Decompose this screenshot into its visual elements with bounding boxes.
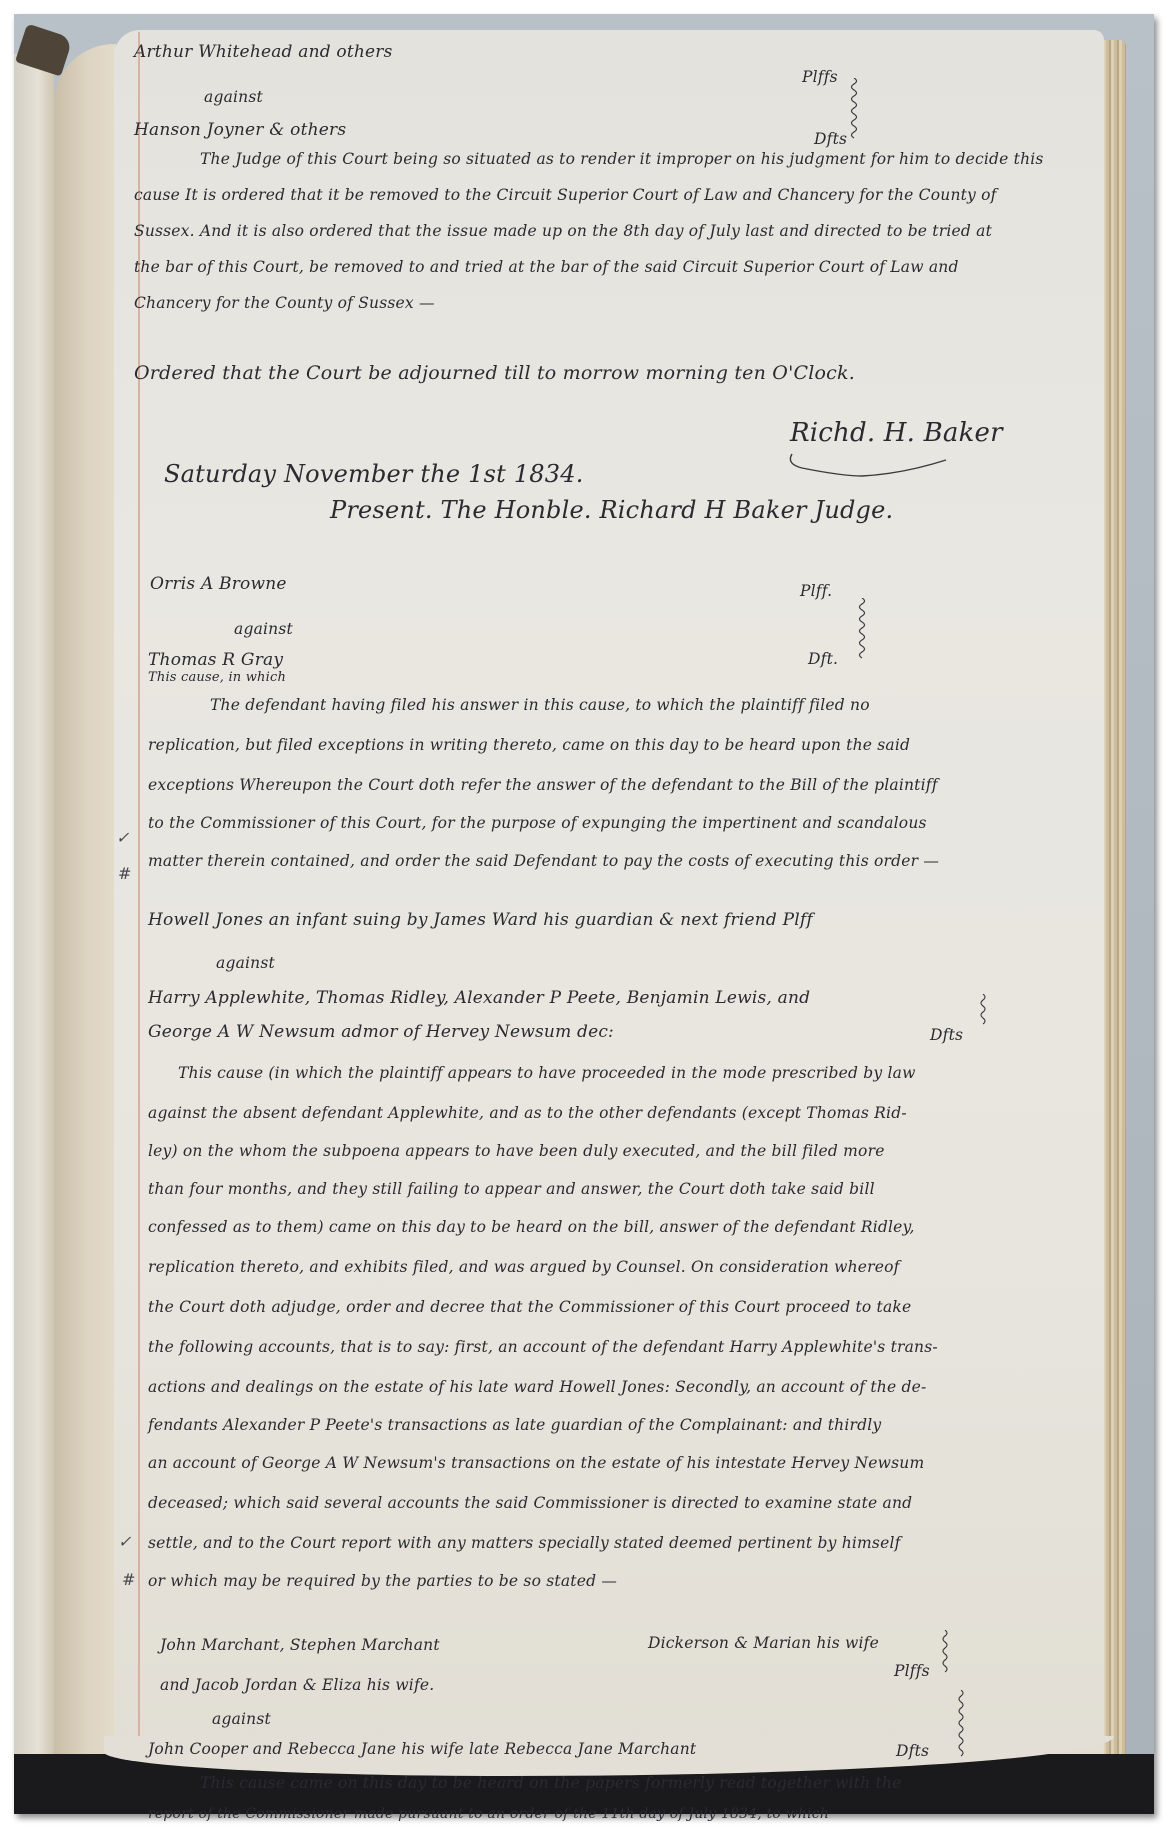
case2-line-3: exceptions Whereupon the Court doth refe…	[148, 776, 938, 794]
case3-line-14: or which may be required by the parties …	[148, 1572, 617, 1590]
case4-brace-upper-icon	[940, 1630, 950, 1678]
case3-defendants-1: Harry Applewhite, Thomas Ridley, Alexand…	[148, 988, 810, 1008]
case2-line-2: replication, but filed exceptions in wri…	[148, 736, 910, 754]
case3-line-12: deceased; which said several accounts th…	[148, 1494, 912, 1512]
case4-plaintiffs-line2: and Jacob Jordan & Eliza his wife.	[160, 1676, 434, 1694]
case4-defendant: John Cooper and Rebecca Jane his wife la…	[148, 1740, 696, 1758]
margin-hash-2-icon: #	[122, 1570, 136, 1589]
case4-against: against	[212, 1710, 271, 1728]
session-present: Present. The Honble. Richard H Baker Jud…	[330, 496, 893, 524]
case3-line-1: This cause (in which the plaintiff appea…	[178, 1064, 916, 1082]
judge-signature: Richd. H. Baker	[790, 418, 1003, 448]
case1-line-4: the bar of this Court, be removed to and…	[134, 258, 959, 276]
case2-line-1: The defendant having filed his answer in…	[210, 696, 870, 714]
case3-line-2: against the absent defendant Applewhite,…	[148, 1104, 907, 1122]
case2-against: against	[234, 620, 293, 638]
case3-line-4: than four months, and they still failing…	[148, 1180, 875, 1198]
case1-line-1: The Judge of this Court being so situate…	[200, 150, 1044, 168]
case3-line-13: settle, and to the Court report with any…	[148, 1534, 901, 1552]
case2-plff-label: Plff.	[800, 582, 832, 600]
case3-line-5: confessed as to them) came on this day t…	[148, 1218, 915, 1236]
case1-plaintiff: Arthur Whitehead and others	[134, 42, 393, 62]
case3-line-6: replication thereto, and exhibits filed,…	[148, 1258, 900, 1276]
case1-defendant: Hanson Joyner & others	[134, 120, 346, 140]
case3-line-3: ley) on the whom the subpoena appears to…	[148, 1142, 885, 1160]
case3-line-7: the Court doth adjudge, order and decree…	[148, 1298, 911, 1316]
case2-defendant: Thomas R Gray	[148, 650, 283, 670]
case4-plaintiffs-line1b: Dickerson & Marian his wife	[648, 1634, 879, 1652]
adjournment-order: Ordered that the Court be adjourned till…	[134, 362, 855, 384]
margin-check-1-icon: ✓	[116, 828, 130, 847]
session-date: Saturday November the 1st 1834.	[164, 460, 584, 488]
case4-brace-lower-icon	[956, 1690, 966, 1764]
case2-plaintiff: Orris A Browne	[150, 574, 287, 594]
case4-line-1: This cause came on this day to be heard …	[200, 1774, 901, 1792]
case1-dfts-label: Dfts	[814, 130, 847, 148]
case3-plaintiff: Howell Jones an infant suing by James Wa…	[148, 910, 813, 930]
margin-check-2-icon: ✓	[118, 1532, 132, 1551]
case3-defendants-2: George A W Newsum admor of Hervey Newsum…	[148, 1022, 614, 1042]
case3-against: against	[216, 954, 275, 972]
case3-line-10: fendants Alexander P Peete's transaction…	[148, 1416, 881, 1434]
case2-dft-label: Dft.	[808, 650, 838, 668]
case3-brace-icon	[978, 994, 988, 1032]
margin-hash-1-icon: #	[118, 864, 132, 883]
case3-line-11: an account of George A W Newsum's transa…	[148, 1454, 924, 1472]
case1-line-3: Sussex. And it is also ordered that the …	[134, 222, 992, 240]
case4-line-2: report of the Commissioner made pursuant…	[148, 1806, 829, 1822]
case4-dfts-label: Dfts	[896, 1742, 929, 1760]
case1-line-5: Chancery for the County of Sussex —	[134, 294, 435, 312]
case3-dfts-label: Dfts	[930, 1026, 963, 1044]
case3-line-8: the following accounts, that is to say: …	[148, 1338, 938, 1356]
case2-line-5: matter therein contained, and order the …	[148, 852, 939, 870]
case1-line-2: cause It is ordered that it be removed t…	[134, 186, 997, 204]
case1-against: against	[204, 88, 263, 106]
case2-interlineation: This cause, in which	[148, 670, 286, 685]
case3-line-9: actions and dealings on the estate of hi…	[148, 1378, 926, 1396]
handwriting-layer: Arthur Whitehead and others against Hans…	[0, 0, 1168, 1830]
case1-plffs-label: Plffs	[802, 68, 838, 86]
case4-plffs-label: Plffs	[894, 1662, 930, 1680]
case4-plaintiffs-line1: John Marchant, Stephen Marchant	[160, 1636, 440, 1654]
signature-flourish-icon	[788, 452, 948, 486]
case2-line-4: to the Commissioner of this Court, for t…	[148, 814, 927, 832]
case2-brace-icon	[856, 598, 868, 666]
case1-brace-icon	[848, 78, 860, 144]
